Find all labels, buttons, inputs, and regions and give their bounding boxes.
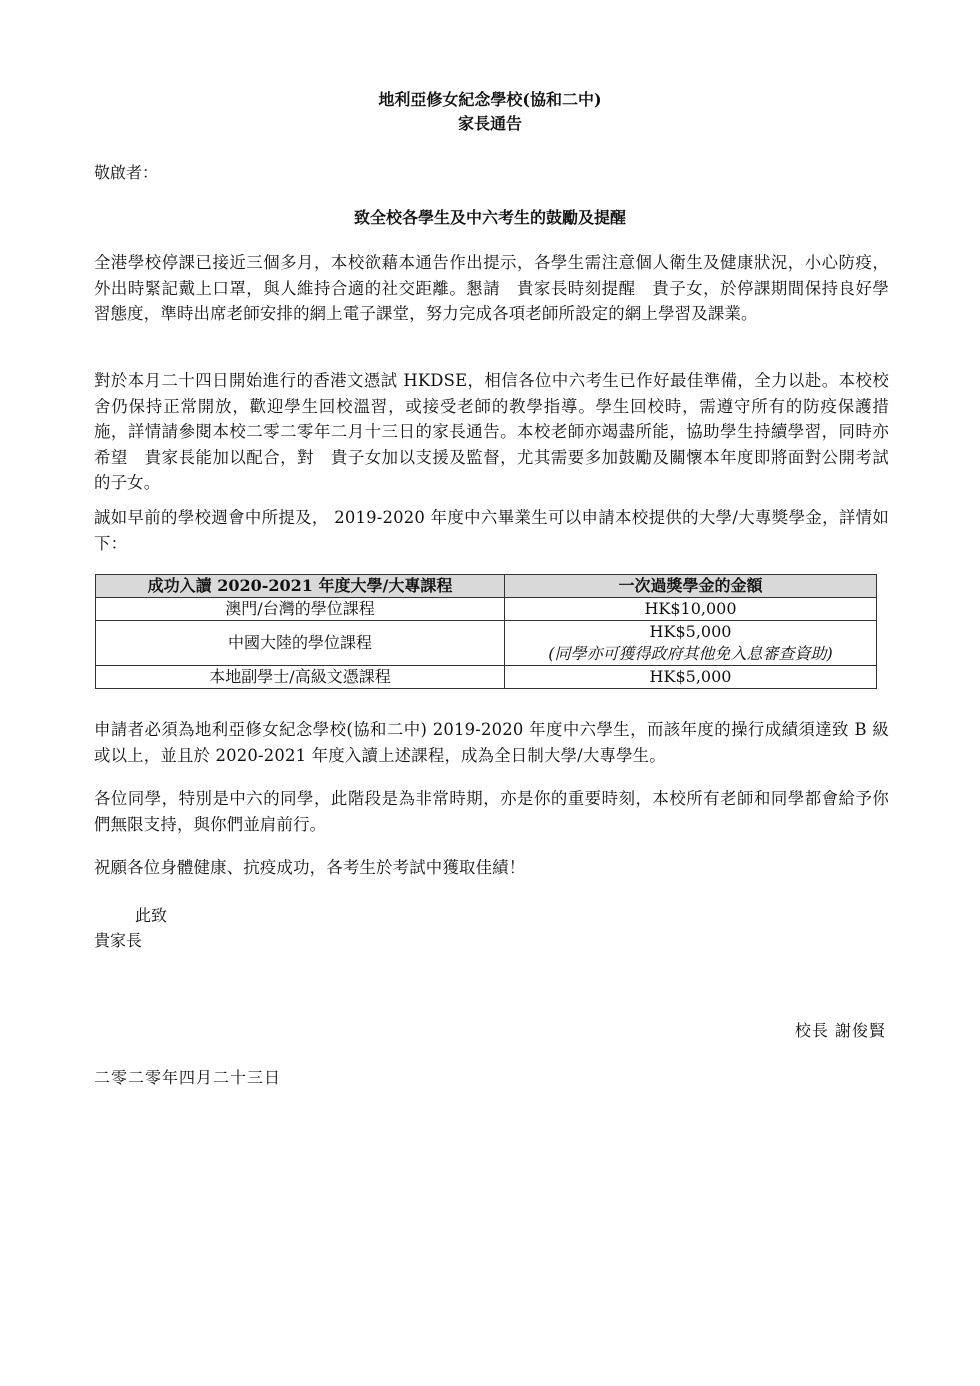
- header-program: 成功入讀 2020-2021 年度大學/大專課程: [96, 575, 505, 598]
- scholarship-table: 成功入讀 2020-2021 年度大學/大專課程 一次過獎學金的金額 澳門/台灣…: [95, 574, 877, 689]
- paragraph-health-reminder: 全港學校停課已接近三個多月，本校欲藉本通告作出提示，各學生需注意個人衛生及健康狀…: [94, 250, 889, 327]
- principal-signature: 校長 謝俊賢: [795, 1018, 886, 1041]
- table-row: 本地副學士/高級文憑課程 HK$5,000: [96, 666, 877, 689]
- program-cell: 澳門/台灣的學位課程: [96, 598, 505, 621]
- subject-title: 致全校各學生及中六考生的鼓勵及提醒: [0, 205, 980, 228]
- table-row: 澳門/台灣的學位課程 HK$10,000: [96, 598, 877, 621]
- notice-page: 地利亞修女紀念學校(協和二中) 家長通告 敬啟者： 致全校各學生及中六考生的鼓勵…: [0, 0, 980, 1386]
- amount-note: (同學亦可獲得政府其他免入息審查資助): [509, 643, 872, 665]
- header-amount: 一次過獎學金的金額: [505, 575, 877, 598]
- paragraph-support: 各位同學，特別是中六的同學，此階段是為非常時期，亦是你的重要時刻，本校所有老師和…: [94, 786, 889, 837]
- amount-cell: HK$10,000: [505, 598, 877, 621]
- letter-date: 二零二零年四月二十三日: [94, 1065, 281, 1088]
- notice-type: 家長通告: [0, 112, 980, 136]
- paragraph-hkdse: 對於本月二十四日開始進行的香港文憑試 HKDSE，相信各位中六考生已作好最佳準備…: [94, 368, 889, 496]
- amount-cell: HK$5,000: [505, 666, 877, 689]
- letter-header: 地利亞修女紀念學校(協和二中) 家長通告: [0, 88, 980, 136]
- closing-recipient: 貴家長: [94, 928, 142, 951]
- table-row: 中國大陸的學位課程 HK$5,000 (同學亦可獲得政府其他免入息審查資助): [96, 621, 877, 666]
- school-name: 地利亞修女紀念學校(協和二中): [0, 88, 980, 112]
- salutation: 敬啟者：: [94, 160, 158, 183]
- program-cell: 中國大陸的學位課程: [96, 621, 505, 666]
- paragraph-scholarship-intro: 誠如早前的學校週會中所提及， 2019-2020 年度中六畢業生可以申請本校提供…: [94, 505, 889, 556]
- paragraph-wishes: 祝願各位身體健康、抗疫成功，各考生於考試中獲取佳績！: [94, 855, 889, 881]
- closing-phrase: 此致: [135, 903, 167, 926]
- program-cell: 本地副學士/高級文憑課程: [96, 666, 505, 689]
- table-header-row: 成功入讀 2020-2021 年度大學/大專課程 一次過獎學金的金額: [96, 575, 877, 598]
- amount-cell: HK$5,000 (同學亦可獲得政府其他免入息審查資助): [505, 621, 877, 666]
- amount-value: HK$5,000: [509, 621, 872, 643]
- paragraph-eligibility: 申請者必須為地利亞修女紀念學校(協和二中) 2019-2020 年度中六學生，而…: [94, 717, 889, 768]
